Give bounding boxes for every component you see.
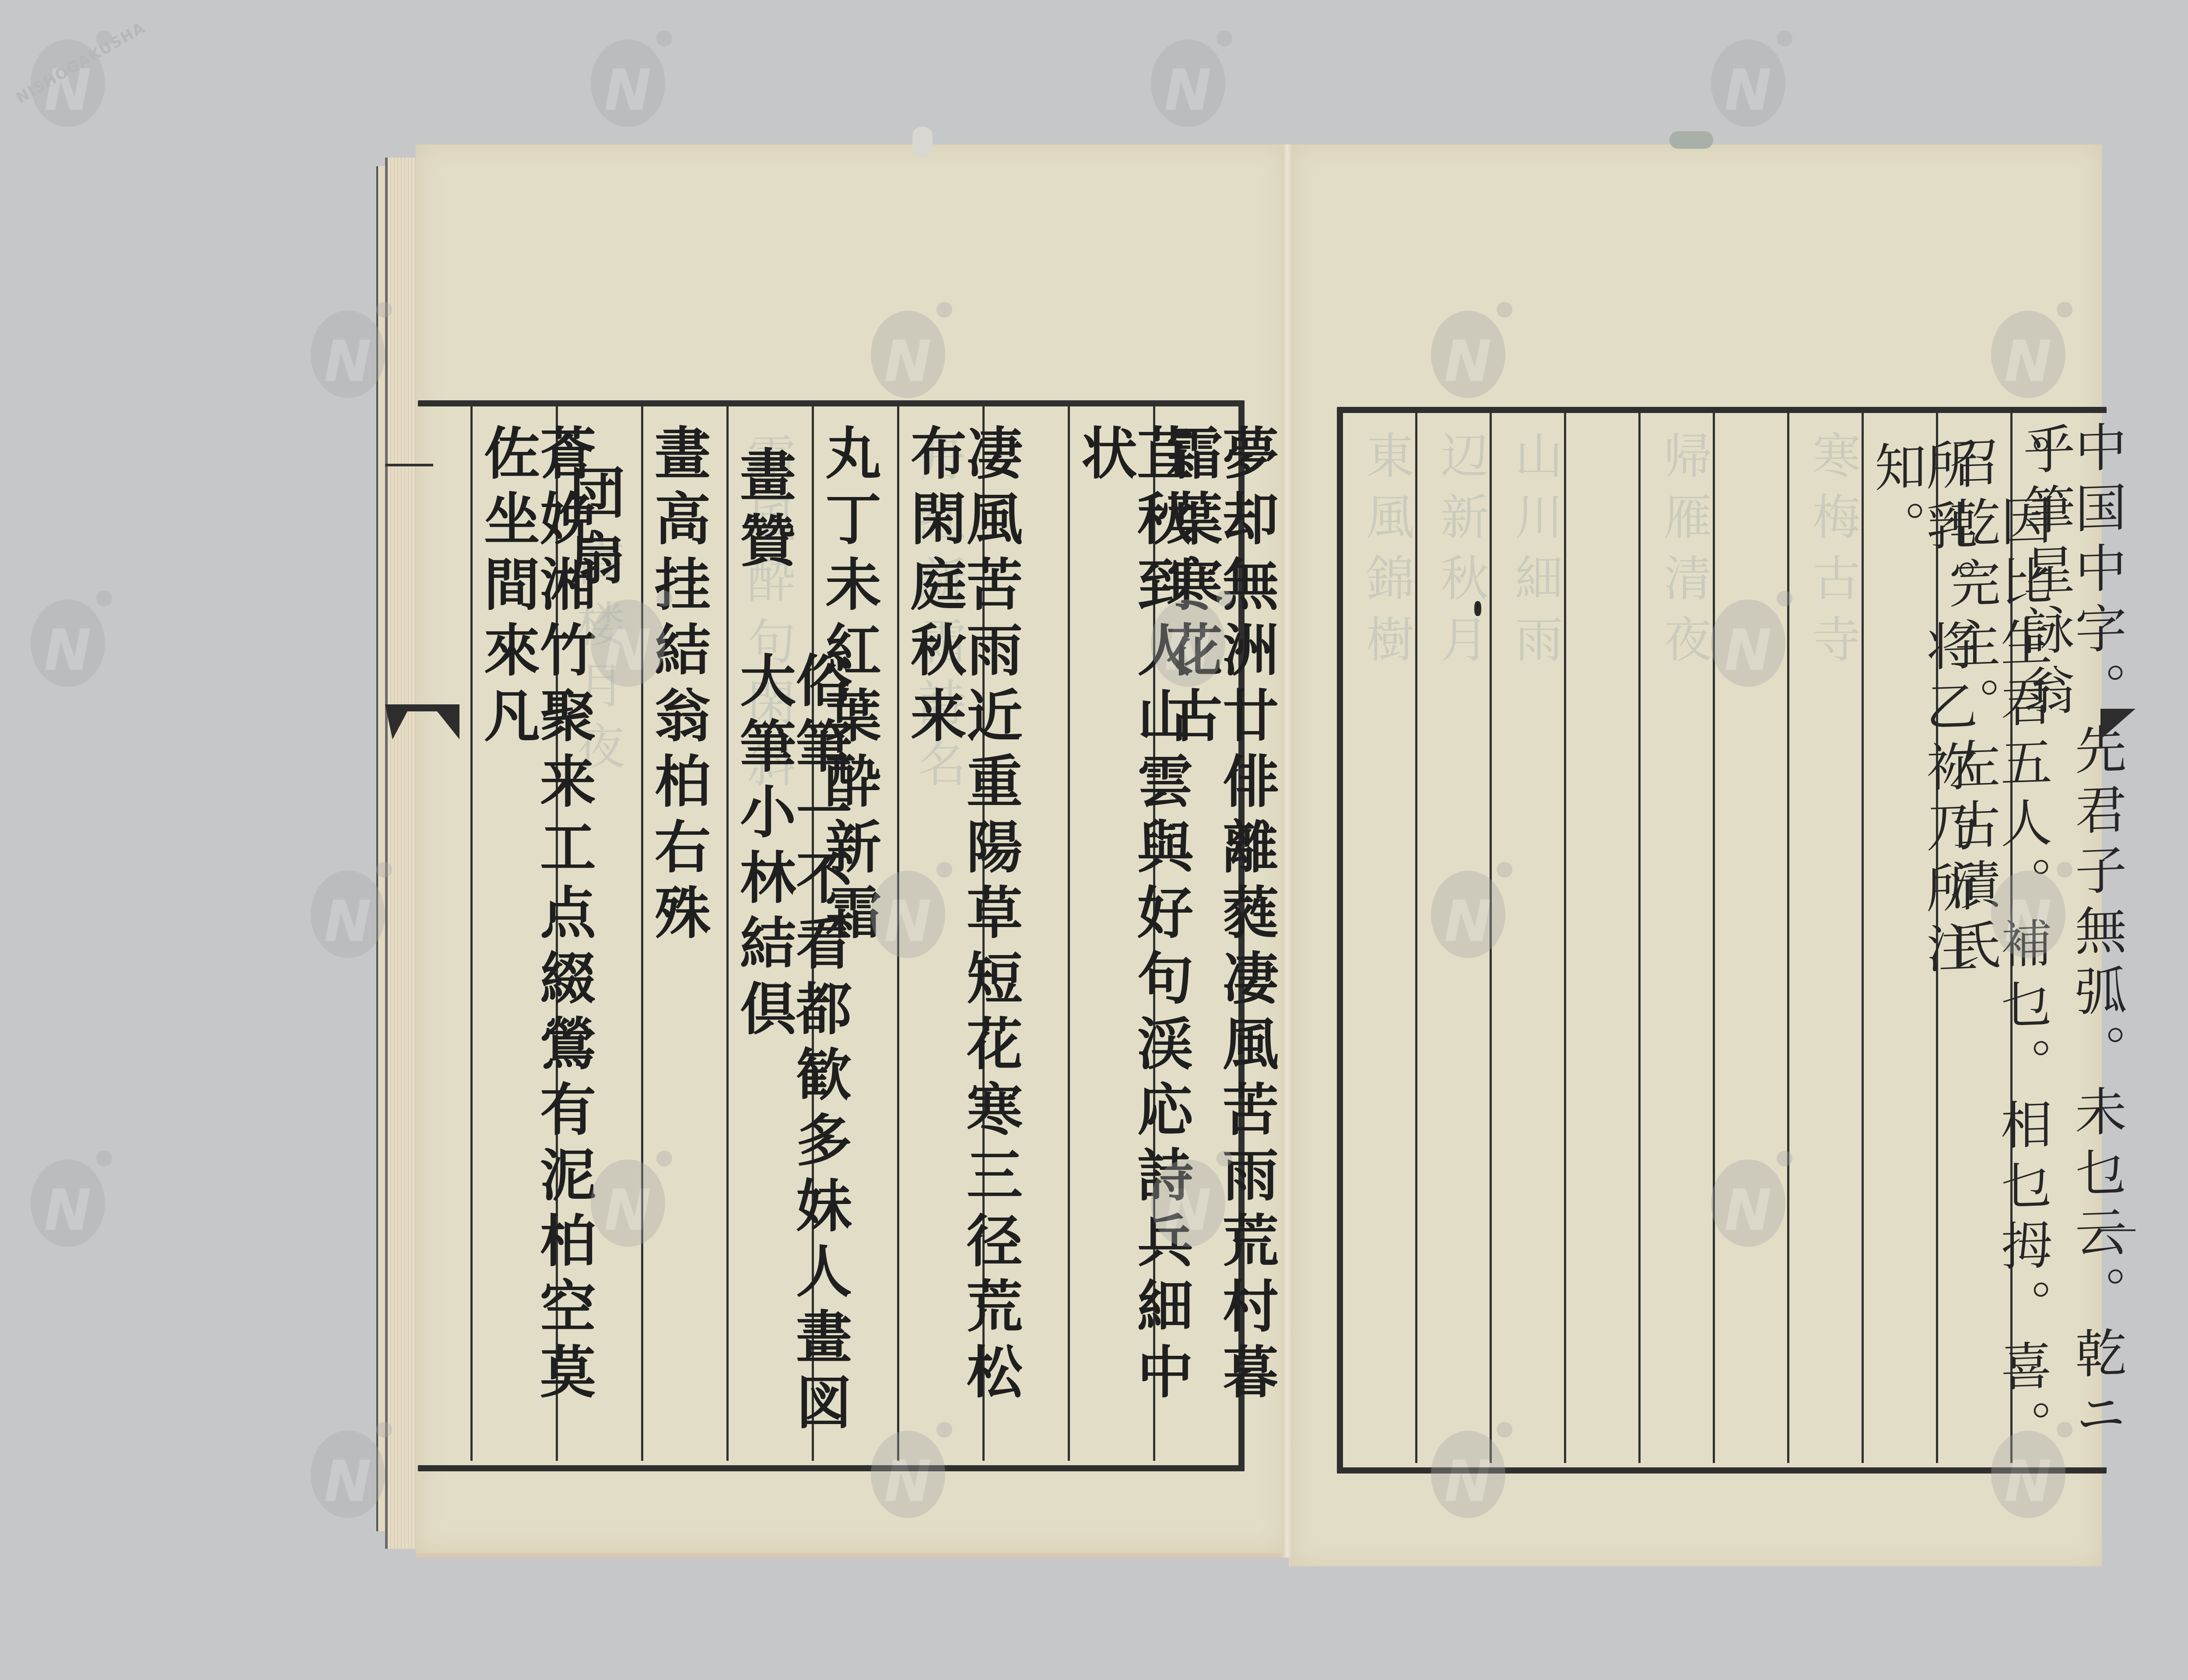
watermark-logo: N bbox=[1974, 849, 2074, 962]
watermark-logo: N bbox=[573, 17, 674, 131]
watermark-logo: N bbox=[293, 289, 394, 402]
left-text-frame: 舟紅新霜詩名 霜風酔句閑斜 高楼月夜 夢却無洲廿俳離蕤凄風苦雨荒村暮霜葉寒花古 … bbox=[418, 400, 1245, 1471]
watermark-logo: N bbox=[1974, 1409, 2074, 1522]
watermark-logo: N bbox=[853, 289, 954, 402]
watermark-logo: N bbox=[853, 1409, 954, 1522]
watermark-logo: N bbox=[1974, 289, 2074, 402]
binding-thread bbox=[912, 127, 933, 157]
watermark-logo: N bbox=[1694, 17, 1794, 131]
watermark-logo: N bbox=[573, 1137, 674, 1251]
margin-rule-left bbox=[385, 464, 433, 466]
column-divider bbox=[726, 406, 729, 1461]
watermark-logo: N bbox=[13, 1137, 114, 1251]
ink-mark: 丨 bbox=[1474, 601, 1481, 616]
column-divider bbox=[1638, 413, 1641, 1463]
text-column-6: 俗筆一不看都歓多妹人畫図大筆小林結倶 bbox=[735, 651, 847, 1439]
watermark-logo: N bbox=[1133, 17, 1234, 131]
book-gutter bbox=[1282, 144, 1293, 1557]
watermark-logo: N bbox=[1694, 1137, 1794, 1251]
watermark-logo: N bbox=[293, 849, 394, 962]
margin-rule-right bbox=[2100, 1229, 2135, 1231]
show-through-text: 寒梅古寺 bbox=[1798, 430, 1867, 1437]
watermark-logo: N bbox=[1413, 289, 1514, 402]
column-divider bbox=[470, 406, 473, 1461]
column-divider bbox=[1787, 413, 1789, 1463]
watermark-logo: N bbox=[1133, 577, 1234, 691]
watermark-logo: N bbox=[1133, 1137, 1234, 1251]
watermark-logo: N bbox=[1413, 1409, 1514, 1522]
watermark-logo: NNISHOGAKUSHA bbox=[13, 17, 114, 131]
watermark-logo: N bbox=[573, 577, 674, 691]
show-through-text: 東風錦樹 bbox=[1352, 430, 1421, 1437]
watermark-logo: N bbox=[1413, 849, 1514, 962]
watermark-logo: N bbox=[853, 849, 954, 962]
binding-thread-right bbox=[1669, 131, 1713, 149]
watermark-logo: N bbox=[293, 1409, 394, 1522]
cursive-column-3: 所乳。将乙祢乃所注知。 bbox=[1870, 437, 1974, 1053]
column-divider bbox=[1068, 406, 1070, 1461]
column-divider bbox=[641, 406, 643, 1461]
watermark-logo: N bbox=[1694, 577, 1794, 691]
watermark-logo: N bbox=[13, 577, 114, 691]
